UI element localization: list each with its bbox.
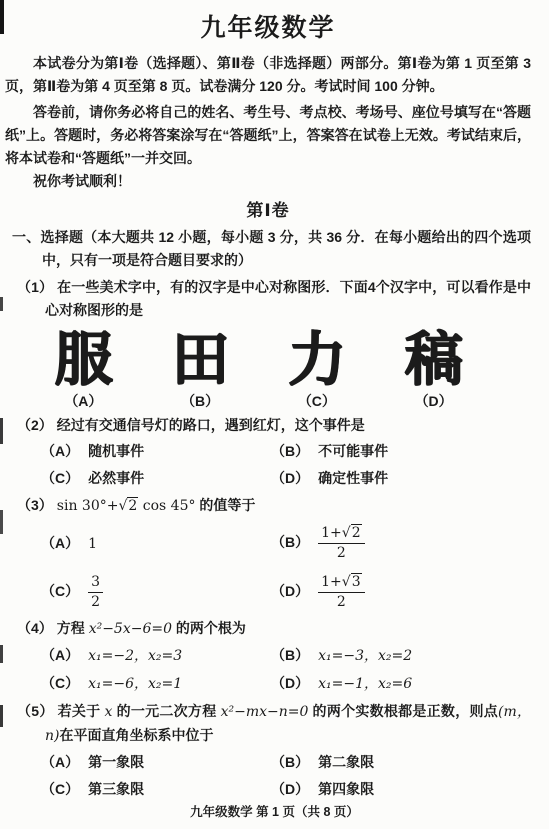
question-4-text-post: 的两个根为	[172, 620, 246, 636]
option-text: 第三象限	[88, 781, 144, 797]
art-char-d: 稿	[375, 328, 492, 390]
art-label-a: （A）	[25, 392, 142, 410]
question-4-number: （4）	[17, 620, 53, 636]
option-label: （C）	[41, 470, 79, 486]
fraction-denominator: 2	[318, 544, 364, 562]
option-label: （D）	[271, 583, 309, 599]
art-option-a: 服 （A）	[25, 328, 142, 410]
question-3-text: 的值等于	[196, 497, 256, 513]
question-3-number: （3）	[17, 497, 53, 513]
art-label-d: （D）	[375, 392, 492, 410]
q2-options: （A）随机事件 （B）不可能事件 （C）必然事件 （D）确定性事件	[41, 440, 531, 490]
option-label: （D）	[271, 781, 309, 797]
art-option-b: 田 （B）	[142, 328, 259, 410]
fraction-denominator: 2	[318, 593, 364, 611]
q5-option-b: （B）第二象限	[271, 751, 531, 774]
option-label: （C）	[41, 675, 79, 691]
art-char-a: 服	[25, 328, 142, 390]
fraction: 1+√32	[318, 574, 364, 611]
exam-page: 九年级数学 本试卷分为第Ⅰ卷（选择题）、第Ⅱ卷（非选择题）两部分。第Ⅰ卷为第 1…	[0, 0, 549, 829]
scan-artifact	[0, 510, 3, 534]
option-label: （B）	[271, 534, 309, 550]
question-4: （4）方程 x²−5x−6=0 的两个根为	[5, 617, 531, 641]
fraction-numerator: 1+√2	[318, 525, 364, 544]
question-5-text-mid: 的一元二次方程	[112, 703, 220, 719]
scan-artifact	[0, 705, 3, 727]
question-1: （1）在一些美术字中，有的汉字是中心对称图形．下面4个汉字中，可以看作是中心对称…	[5, 276, 531, 322]
fraction-numerator: 1+√3	[318, 574, 364, 593]
option-text: 第二象限	[318, 754, 374, 770]
section-1-title: 第Ⅰ卷	[5, 200, 531, 222]
q3-option-c: （C）32	[41, 572, 271, 613]
option-label: （D）	[271, 675, 309, 691]
option-text: 第一象限	[88, 754, 144, 770]
question-5-number: （5）	[17, 703, 54, 719]
question-2-text: 经过有交通信号灯的路口，遇到红灯，这个事件是	[57, 417, 365, 433]
q4-options: （A）x₁=−2，x₂=3 （B）x₁=−3，x₂=2 （C）x₁=−6，x₂=…	[41, 644, 531, 696]
q5-equation: x²−mx−n=0	[221, 704, 309, 720]
option-label: （B）	[271, 443, 309, 459]
art-label-b: （B）	[142, 392, 259, 410]
q5-option-d: （D）第四象限	[271, 778, 531, 801]
q3-option-b: （B）1+√22	[271, 523, 531, 564]
question-2-number: （2）	[17, 417, 53, 433]
question-1-number: （1）	[17, 279, 53, 295]
option-value: x₁=−2，x₂=3	[88, 648, 182, 664]
option-value: x₁=−6，x₂=1	[88, 676, 182, 692]
intro-paragraph-2: 答卷前，请你务必将自己的姓名、考生号、考点校、考场号、座位号填写在“答题纸”上。…	[5, 101, 531, 170]
art-label-c: （C）	[259, 392, 376, 410]
q5-options: （A）第一象限 （B）第二象限 （C）第三象限 （D）第四象限	[41, 751, 531, 801]
part-1-header: 一、选择题（本大题共 12 小题，每小题 3 分，共 36 分．在每小题给出的四…	[5, 226, 531, 272]
option-value: x₁=−1，x₂=6	[318, 676, 412, 692]
scan-artifact	[0, 645, 3, 663]
option-text: 第四象限	[318, 781, 374, 797]
q3-option-a: （A）1	[41, 532, 271, 556]
q2-option-a: （A）随机事件	[41, 440, 271, 463]
q2-option-d: （D）确定性事件	[271, 467, 531, 490]
fraction-numerator: 3	[88, 574, 103, 593]
page-title: 九年级数学	[5, 12, 531, 44]
wish-line: 祝你考试顺利！	[5, 170, 531, 193]
q3-option-d: （D）1+√32	[271, 572, 531, 613]
radicand: 2	[127, 497, 138, 514]
option-text: 随机事件	[88, 443, 144, 459]
option-label: （B）	[271, 754, 309, 770]
option-label: （A）	[41, 647, 79, 663]
q5-option-a: （A）第一象限	[41, 751, 271, 774]
q2-option-b: （B）不可能事件	[271, 440, 531, 463]
q3-math-1: sin 30°+	[57, 498, 119, 514]
option-label: （D）	[271, 470, 309, 486]
scan-artifact	[0, 297, 3, 311]
option-text: 不可能事件	[318, 443, 388, 459]
q4-option-c: （C）x₁=−6，x₂=1	[41, 672, 271, 696]
fraction: 1+√22	[318, 525, 364, 562]
q2-option-c: （C）必然事件	[41, 467, 271, 490]
scan-artifact	[0, 418, 3, 444]
radicand: 2	[351, 524, 362, 541]
question-4-text-pre: 方程	[57, 620, 89, 636]
art-option-c: 力 （C）	[259, 328, 376, 410]
numerator-text: 1+	[321, 574, 342, 590]
intro-paragraph-1: 本试卷分为第Ⅰ卷（选择题）、第Ⅱ卷（非选择题）两部分。第Ⅰ卷为第 1 页至第 3…	[5, 52, 531, 98]
question-5: （5）若关于 x 的一元二次方程 x²−mx−n=0 的两个实数根都是正数，则点…	[5, 700, 531, 748]
sqrt-expression: √2	[118, 497, 138, 514]
option-label: （B）	[271, 647, 309, 663]
q4-option-d: （D）x₁=−1，x₂=6	[271, 672, 531, 696]
q5-option-c: （C）第三象限	[41, 778, 271, 801]
fraction: 32	[88, 574, 103, 611]
q3-math-2: cos 45°	[138, 498, 195, 514]
option-label: （A）	[41, 535, 79, 551]
radical-sign: √	[342, 525, 351, 541]
option-text: 确定性事件	[318, 470, 388, 486]
radical-sign: √	[342, 574, 351, 590]
q4-option-b: （B）x₁=−3，x₂=2	[271, 644, 531, 668]
question-5-text-pre: 若关于	[58, 703, 105, 719]
scan-artifact	[0, 0, 4, 34]
art-char-c: 力	[259, 328, 376, 390]
option-value: x₁=−3，x₂=2	[318, 648, 412, 664]
question-3: （3）sin 30°+√2 cos 45° 的值等于	[5, 494, 531, 518]
radicand: 3	[351, 573, 362, 590]
question-5-text-post1: 的两个实数根都是正数，则点	[308, 703, 498, 719]
option-label: （C）	[41, 781, 79, 797]
option-label: （C）	[41, 583, 79, 599]
option-text: 必然事件	[88, 470, 144, 486]
numerator-text: 1+	[321, 525, 342, 541]
q4-equation: x²−5x−6=0	[89, 621, 172, 637]
question-1-text: 在一些美术字中，有的汉字是中心对称图形．下面4个汉字中，可以看作是中心对称图形的…	[45, 279, 531, 318]
option-value: 1	[88, 536, 97, 552]
page-footer: 九年级数学 第 1 页（共 8 页）	[0, 804, 549, 820]
q3-options: （A）1 （B）1+√22 （C）32 （D）1+√32	[41, 523, 531, 613]
option-label: （A）	[41, 443, 79, 459]
q1-art-characters: 服 （A） 田 （B） 力 （C） 稿 （D）	[25, 328, 492, 410]
question-2: （2）经过有交通信号灯的路口，遇到红灯，这个事件是	[5, 414, 531, 437]
q4-option-a: （A）x₁=−2，x₂=3	[41, 644, 271, 668]
fraction-denominator: 2	[88, 593, 103, 611]
question-5-text-post2: 在平面直角坐标系中位于	[59, 727, 213, 743]
option-label: （A）	[41, 754, 79, 770]
art-option-d: 稿 （D）	[375, 328, 492, 410]
art-char-b: 田	[142, 328, 259, 390]
